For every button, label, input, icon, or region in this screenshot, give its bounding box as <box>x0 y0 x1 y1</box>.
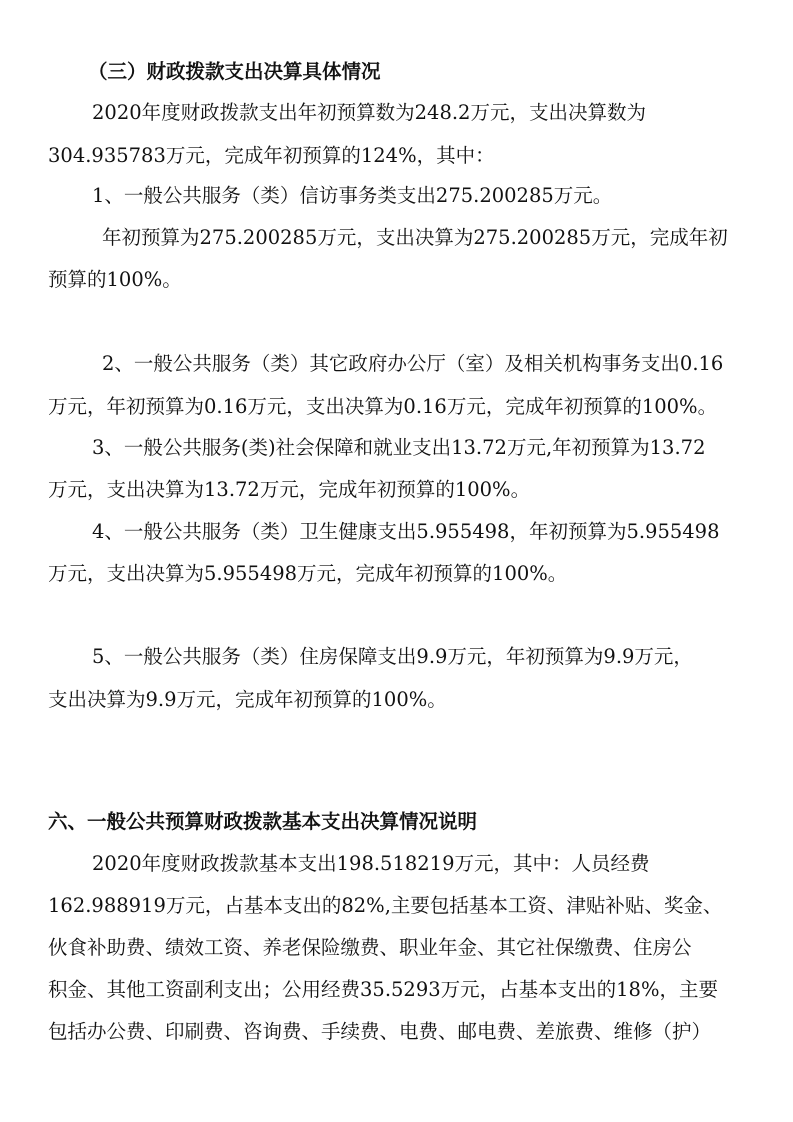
item-1-line-2: 年初预算为275.200285万元，支出决算为275.200285万元，完成年初 <box>102 226 728 250</box>
item-4-line-2: 万元，支出决算为5.955498万元，完成年初预算的100%。 <box>48 562 567 586</box>
section6-line-1: 2020年度财政拨款基本支出198.518219万元，其中：人员经费 <box>92 852 649 876</box>
section6-line-2: 162.988919万元，占基本支出的82%,主要包括基本工资、津贴补贴、奖金、 <box>48 894 722 918</box>
item-2-line-1: 2、一般公共服务（类）其它政府办公厅（室）及相关机构事务支出0.16 <box>102 352 723 376</box>
item-3-line-2: 万元，支出决算为13.72万元，完成年初预算的100%。 <box>48 478 530 502</box>
section3-intro-line-1: 2020年度财政拨款支出年初预算数为248.2万元，支出决算数为 <box>92 101 646 125</box>
item-5-line-1: 5、一般公共服务（类）住房保障支出9.9万元，年初预算为9.9万元， <box>92 645 693 669</box>
item-3-line-1: 3、一般公共服务(类)社会保障和就业支出13.72万元,年初预算为13.72 <box>92 436 705 460</box>
item-5-line-2: 支出决算为9.9万元，完成年初预算的100%。 <box>48 688 447 712</box>
item-2-line-2: 万元，年初预算为0.16万元，支出决算为0.16万元，完成年初预算的100%。 <box>48 395 717 419</box>
section6-line-4: 积金、其他工资副利支出；公用经费35.5293万元，占基本支出的18%，主要 <box>48 978 718 1002</box>
item-1-line-1: 1、一般公共服务（类）信访事务类支出275.200285万元。 <box>92 184 612 208</box>
section-heading-3: （三）财政拨款支出决算具体情况 <box>88 60 381 84</box>
item-1-line-3: 预算的100%。 <box>48 268 182 292</box>
section-heading-6: 六、一般公共预算财政拨款基本支出决算情况说明 <box>48 810 477 834</box>
section6-line-5: 包括办公费、印刷费、咨询费、手续费、电费、邮电费、差旅费、维修（护） <box>48 1020 711 1044</box>
item-4-line-1: 4、一般公共服务（类）卫生健康支出5.955498，年初预算为5.955498 <box>92 520 720 544</box>
section3-intro-line-2: 304.935783万元，完成年初预算的124%，其中： <box>48 144 495 168</box>
section6-line-3: 伙食补助费、绩效工资、养老保险缴费、职业年金、其它社保缴费、住房公 <box>48 936 692 960</box>
